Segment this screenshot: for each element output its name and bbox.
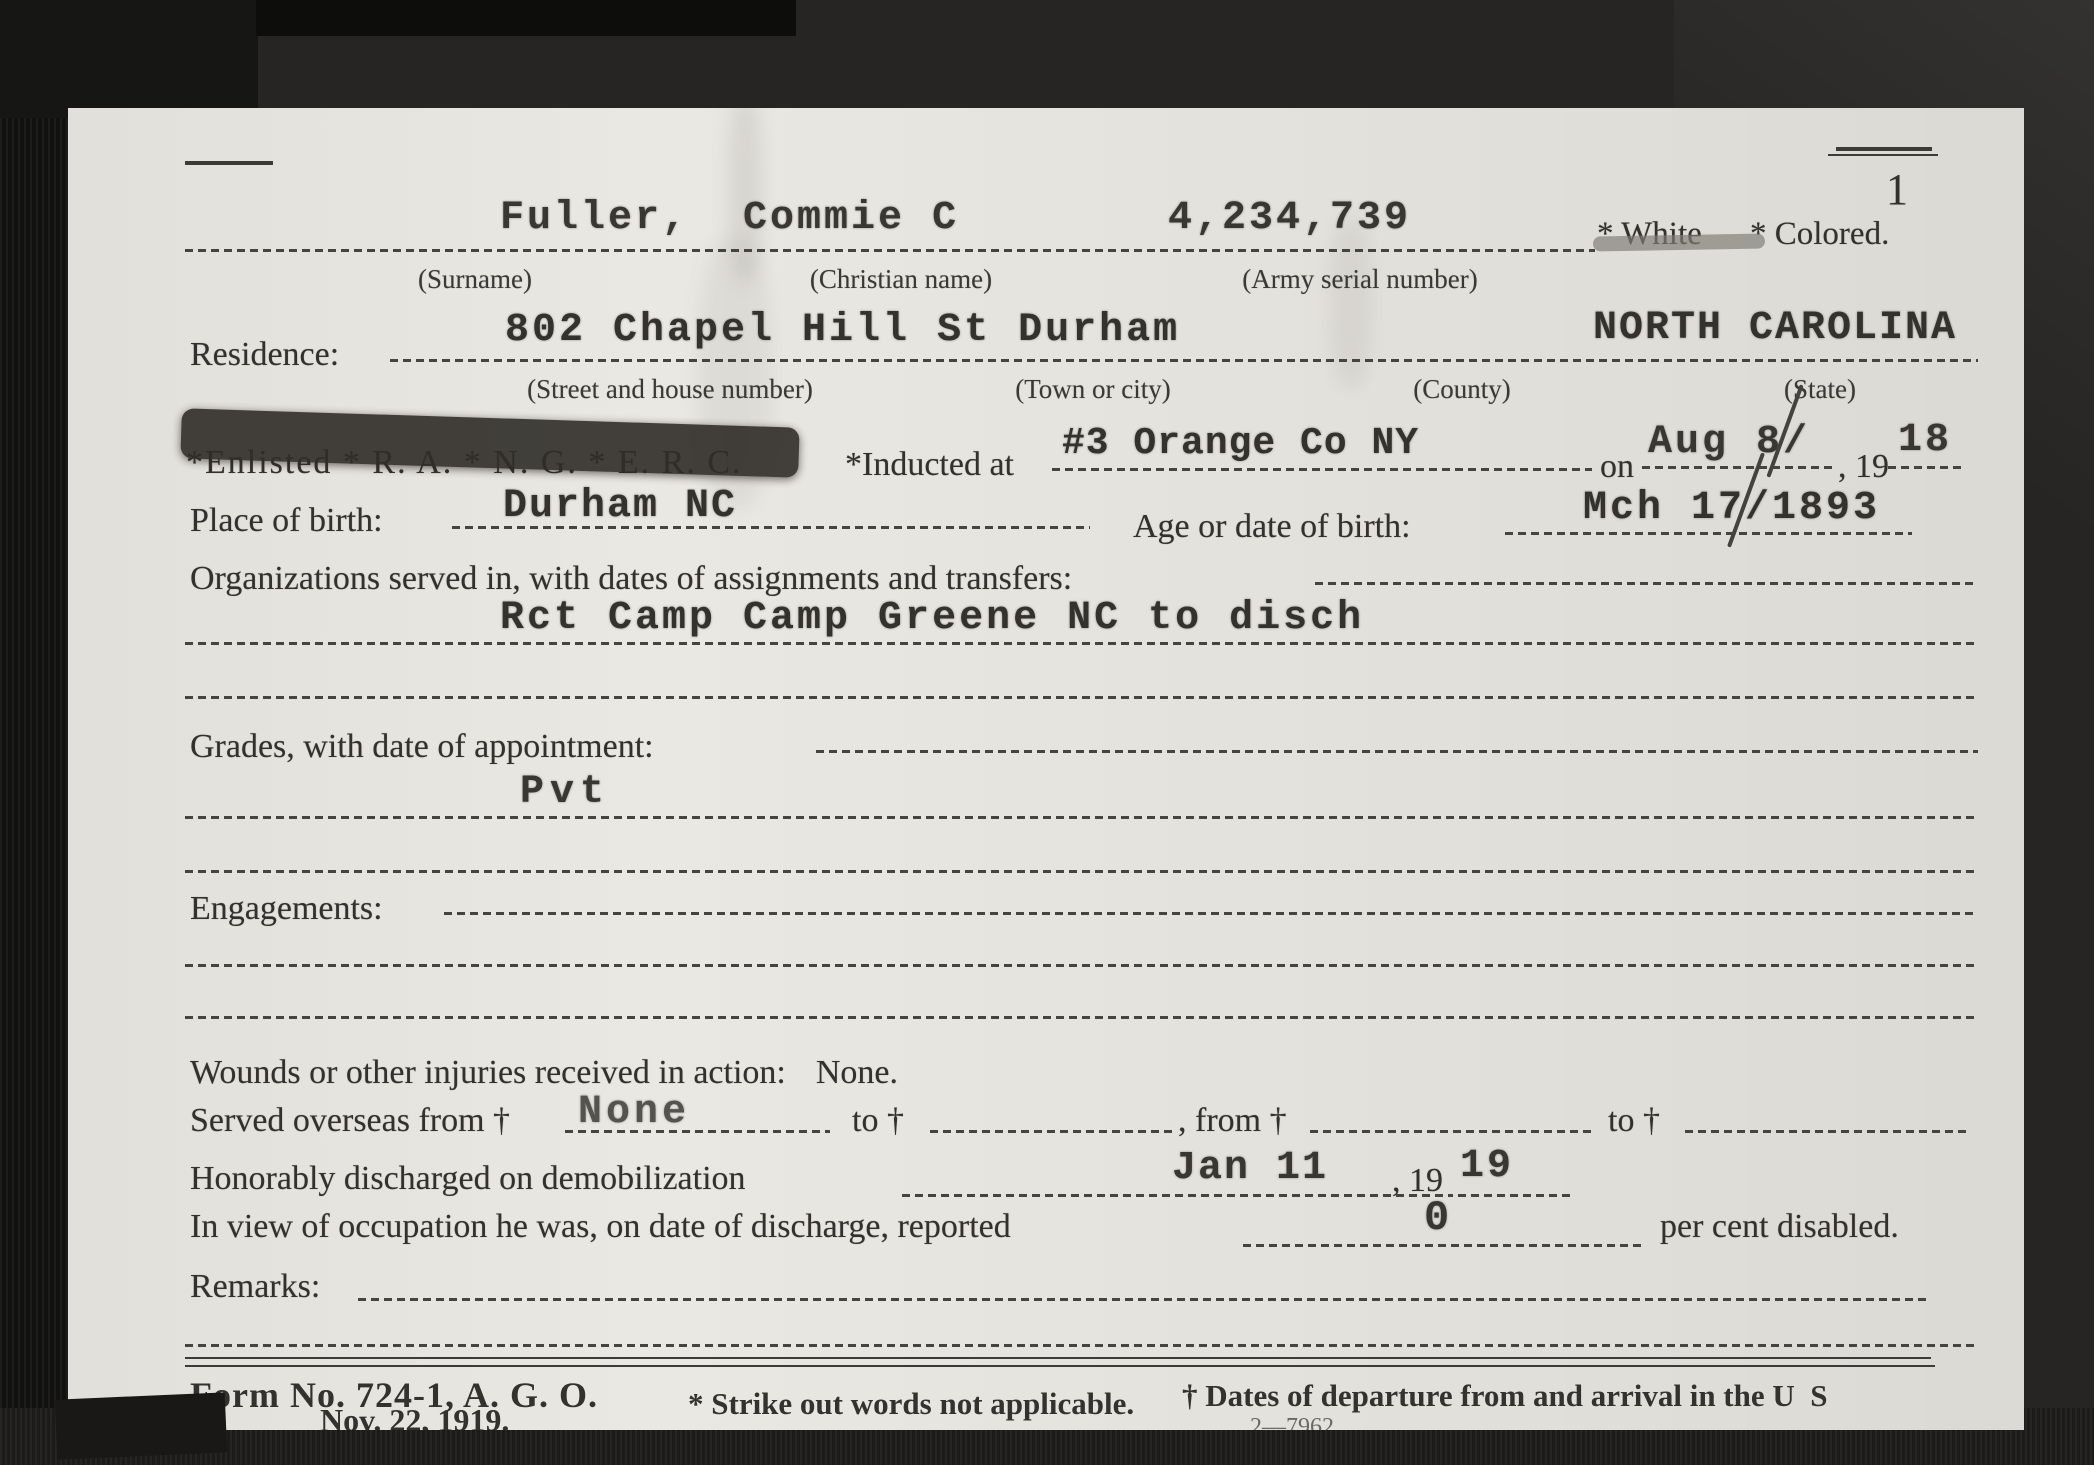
dotted-line (185, 964, 1978, 967)
dotted-line (185, 642, 1978, 645)
dotted-line (930, 1130, 1172, 1133)
scan-corner-shadow (0, 0, 258, 118)
strikeout-mark-white (1593, 234, 1765, 252)
dotted-line (1458, 1194, 1570, 1197)
solid-rule (185, 1357, 1931, 1359)
service-record-card: 1 Fuller, Commie C 4,234,739 * White * C… (68, 108, 2024, 1430)
disability-suffix-label: per cent disabled. (1660, 1208, 1899, 1246)
induction-year-value: 18 (1898, 418, 1952, 463)
dotted-line (565, 1130, 830, 1133)
dagger-note: † Dates of departure from and arrival in… (1182, 1378, 1828, 1414)
dotted-line (1685, 1130, 1966, 1133)
overseas-from1-value: None (578, 1090, 690, 1135)
pen-mark (185, 161, 273, 165)
surname-caption: (Surname) (418, 264, 532, 295)
page-number: 1 (1886, 164, 1908, 215)
dotted-line (185, 1344, 1978, 1347)
dotted-line (1310, 1130, 1591, 1133)
dotted-line (1315, 582, 1978, 585)
pen-mark (1828, 154, 1938, 156)
organizations-label: Organizations served in, with dates of a… (190, 560, 1072, 598)
ink-smudge (1330, 218, 1372, 388)
dotted-line (444, 912, 1978, 915)
state-value: NORTH CAROLINA (1593, 306, 1957, 351)
dotted-line (185, 696, 1978, 699)
age-or-dob-label: Age or date of birth: (1133, 508, 1411, 546)
strike-note: * Strike out words not applicable. (688, 1386, 1134, 1422)
inducted-at-label: *Inducted at (845, 446, 1014, 484)
dotted-line (816, 750, 1978, 753)
name-value: Fuller, Commie C (500, 196, 959, 241)
county-caption: (County) (1413, 374, 1511, 405)
overseas-from2-label: , from † (1178, 1102, 1287, 1140)
dotted-line (185, 816, 1978, 819)
dotted-line (1505, 532, 1912, 535)
discharge-date-value: Jan 11 (1172, 1146, 1328, 1191)
dob-value: Mch 17/1893 (1583, 486, 1880, 531)
town-caption: (Town or city) (1015, 374, 1171, 405)
year-prefix-label: , 19 (1838, 448, 1889, 486)
torn-card-corner (55, 1392, 227, 1459)
wounds-value: None. (816, 1054, 898, 1092)
pen-mark (1836, 147, 1932, 151)
dotted-line (902, 1194, 1453, 1197)
scan-edge-left (0, 0, 70, 1465)
overseas-to2-label: to † (1608, 1102, 1660, 1140)
christian-name-caption: (Christian name) (810, 264, 992, 295)
serial-number-value: 4,234,739 (1168, 196, 1411, 241)
dotted-line (185, 1016, 1978, 1019)
dotted-line (1243, 1244, 1645, 1247)
dotted-line (1642, 466, 1832, 469)
street-value: 802 Chapel Hill St Durham (505, 308, 1180, 353)
wounds-label: Wounds or other injuries received in act… (190, 1054, 786, 1092)
place-of-birth-label: Place of birth: (190, 502, 383, 540)
place-of-birth-value: Durham NC (503, 484, 737, 529)
scan-top-bar (256, 0, 796, 36)
serial-number-caption: (Army serial number) (1242, 264, 1477, 295)
disability-label: In view of occupation he was, on date of… (190, 1208, 1011, 1246)
street-caption: (Street and house number) (527, 374, 813, 405)
grade-value: Pvt (520, 770, 610, 815)
served-overseas-label: Served overseas from † (190, 1102, 510, 1140)
solid-rule (185, 1365, 1935, 1367)
dotted-line (358, 1298, 1931, 1301)
on-label: on (1600, 448, 1634, 486)
disability-value: 0 (1424, 1194, 1452, 1242)
scanned-service-record: 1 Fuller, Commie C 4,234,739 * White * C… (0, 0, 2094, 1465)
discharge-year-value: 19 (1460, 1144, 1514, 1189)
grades-label: Grades, with date of appointment: (190, 728, 654, 766)
dotted-line (390, 359, 1978, 362)
induction-place-value: #3 Orange Co NY (1062, 422, 1419, 465)
print-code: 2—7962 (1250, 1414, 1334, 1430)
remarks-label: Remarks: (190, 1268, 320, 1306)
discharged-label: Honorably discharged on demobilization (190, 1160, 746, 1198)
dotted-line (452, 526, 1090, 529)
organizations-value: Rct Camp Camp Greene NC to disch (500, 596, 1364, 641)
dotted-line (1052, 468, 1592, 471)
engagements-label: Engagements: (190, 890, 383, 928)
dotted-line (185, 249, 1595, 252)
wounds-row: Wounds or other injuries received in act… (190, 1054, 898, 1092)
dotted-line (185, 870, 1978, 873)
dotted-line (1888, 466, 1962, 469)
residence-label: Residence: (190, 336, 339, 374)
overseas-to1-label: to † (852, 1102, 904, 1140)
race-option-colored: * Colored. (1750, 216, 1889, 253)
form-date: Nov. 22, 1919. (320, 1402, 509, 1430)
